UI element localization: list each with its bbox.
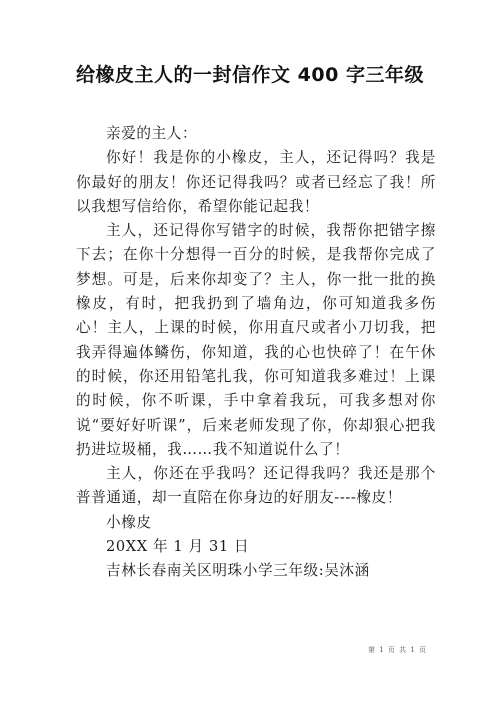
page-number: 第 1 页 共 1 页 xyxy=(368,645,427,655)
document-title: 给橡皮主人的一封信作文 400 字三年级 xyxy=(0,60,500,87)
paragraph-1: 你好！我是你的小橡皮，主人，还记得吗？我是你最好的朋友！你还记得我吗？或者已经忘… xyxy=(76,146,436,219)
author-line: 吉林长春南关区明珠小学三年级:吴沐涵 xyxy=(76,559,436,583)
date: 20XX 年 1 月 31 日 xyxy=(76,535,436,559)
signature: 小橡皮 xyxy=(76,511,436,535)
document-page: 给橡皮主人的一封信作文 400 字三年级 亲爱的主人： 你好！我是你的小橡皮，主… xyxy=(0,0,500,708)
paragraph-2: 主人，还记得你写错字的时候，我帮你把错字擦下去；在你十分想得一百分的时候，是我帮… xyxy=(76,219,436,462)
letter-body: 亲爱的主人： 你好！我是你的小橡皮，主人，还记得吗？我是你最好的朋友！你还记得我… xyxy=(76,122,436,584)
salutation: 亲爱的主人： xyxy=(76,122,436,146)
paragraph-3: 主人，你还在乎我吗？还记得我吗？我还是那个普普通通，却一直陪在你身边的好朋友--… xyxy=(76,462,436,511)
